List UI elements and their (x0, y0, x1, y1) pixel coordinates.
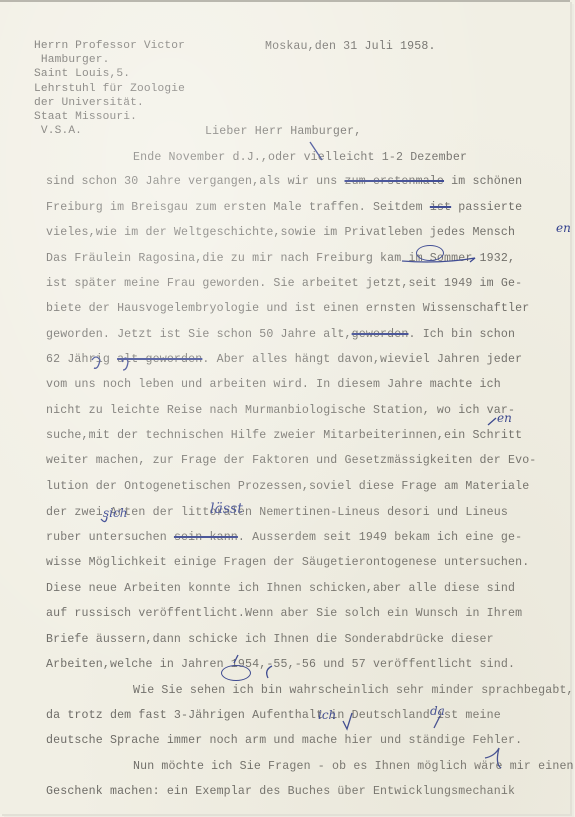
ink-strokes (0, 2, 575, 817)
letter-page: Herrn Professor Victor Hamburger. Saint … (0, 0, 570, 814)
